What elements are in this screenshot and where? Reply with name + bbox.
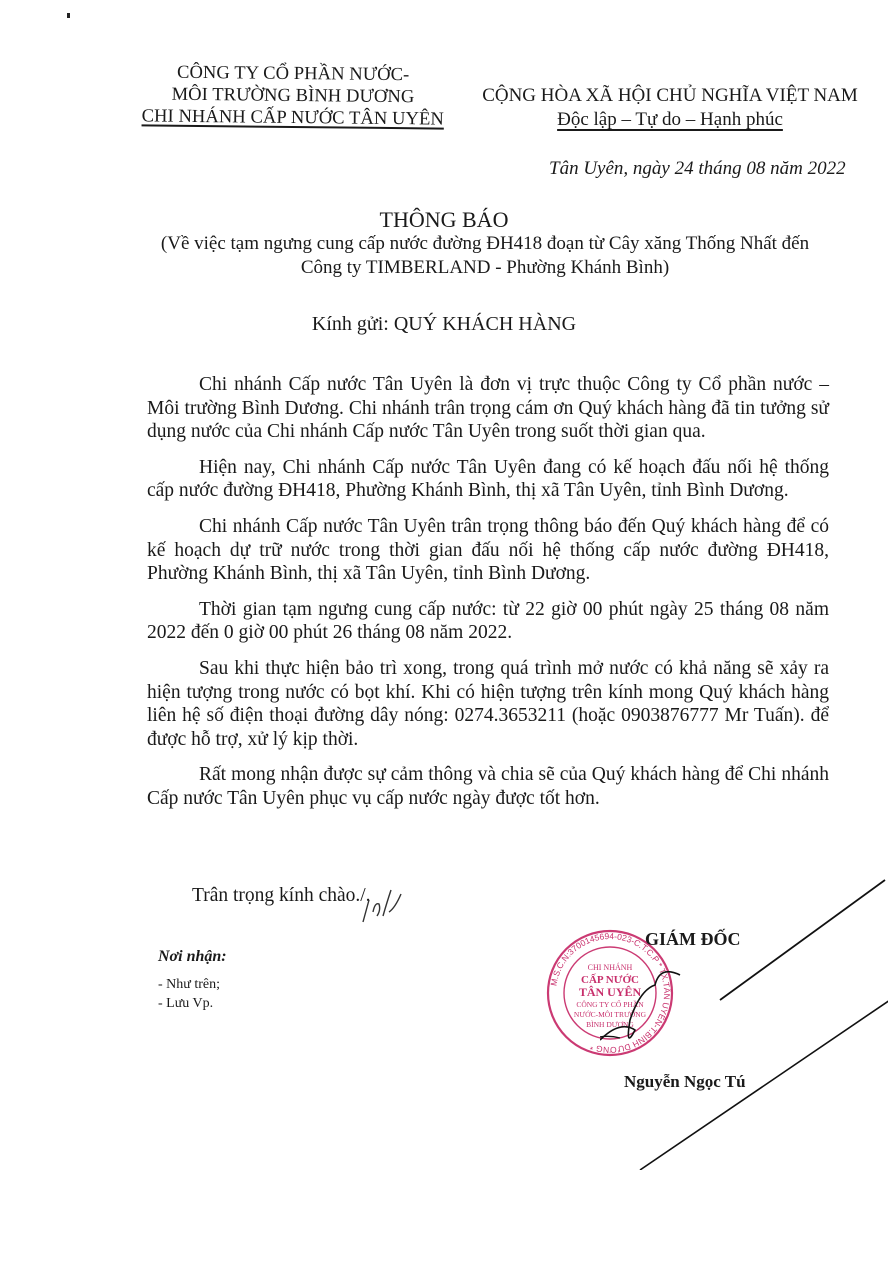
greeting: Kính gửi: QUÝ KHÁCH HÀNG — [0, 313, 888, 336]
country-name: CỘNG HÒA XÃ HỘI CHỦ NGHĨA VIỆT NAM — [470, 84, 870, 108]
closing-line: Trân trọng kính chào./. — [192, 885, 371, 907]
recipients-list: - Như trên; - Lưu Vp. — [158, 975, 220, 1013]
document-title: THÔNG BÁO — [0, 207, 888, 233]
paragraph-thanks: Rất mong nhận được sự cảm thông và chia … — [147, 763, 829, 810]
document-subject: (Về việc tạm ngưng cung cấp nước đường Đ… — [140, 232, 830, 280]
paragraph-intro: Chi nhánh Cấp nước Tân Uyên là đơn vị tr… — [147, 373, 829, 444]
initials-mark — [355, 882, 415, 932]
recipient-item: - Như trên; — [158, 975, 220, 994]
document-body: Chi nhánh Cấp nước Tân Uyên là đơn vị tr… — [147, 373, 829, 823]
subject-line-1: (Về việc tạm ngưng cung cấp nước đường Đ… — [140, 232, 830, 256]
paragraph-notice: Chi nhánh Cấp nước Tân Uyên trân trọng t… — [147, 515, 829, 586]
signer-name: Nguyễn Ngọc Tú — [624, 1072, 746, 1092]
national-header: CỘNG HÒA XÃ HỘI CHỦ NGHĨA VIỆT NAM Độc l… — [470, 84, 870, 132]
national-motto: Độc lập – Tự do – Hạnh phúc — [470, 108, 870, 132]
issuer-branch-name: CHI NHÁNH CẤP NƯỚC TÂN UYÊN — [128, 105, 458, 130]
paragraph-schedule: Thời gian tạm ngưng cung cấp nước: từ 22… — [147, 598, 829, 645]
signature-strokes — [600, 870, 888, 1170]
issuer-header: CÔNG TY CỔ PHẦN NƯỚC- MÔI TRƯỜNG BÌNH DƯ… — [128, 61, 459, 130]
subject-line-2: Công ty TIMBERLAND - Phường Khánh Bình) — [140, 256, 830, 280]
paragraph-hotline: Sau khi thực hiện bảo trì xong, trong qu… — [147, 657, 829, 751]
recipients-title: Nơi nhận: — [158, 948, 227, 966]
paragraph-plan: Hiện nay, Chi nhánh Cấp nước Tân Uyên đa… — [147, 456, 829, 503]
scan-speck — [67, 13, 70, 18]
date-line: Tân Uyên, ngày 24 tháng 08 năm 2022 — [549, 158, 846, 180]
recipient-item: - Lưu Vp. — [158, 994, 220, 1013]
